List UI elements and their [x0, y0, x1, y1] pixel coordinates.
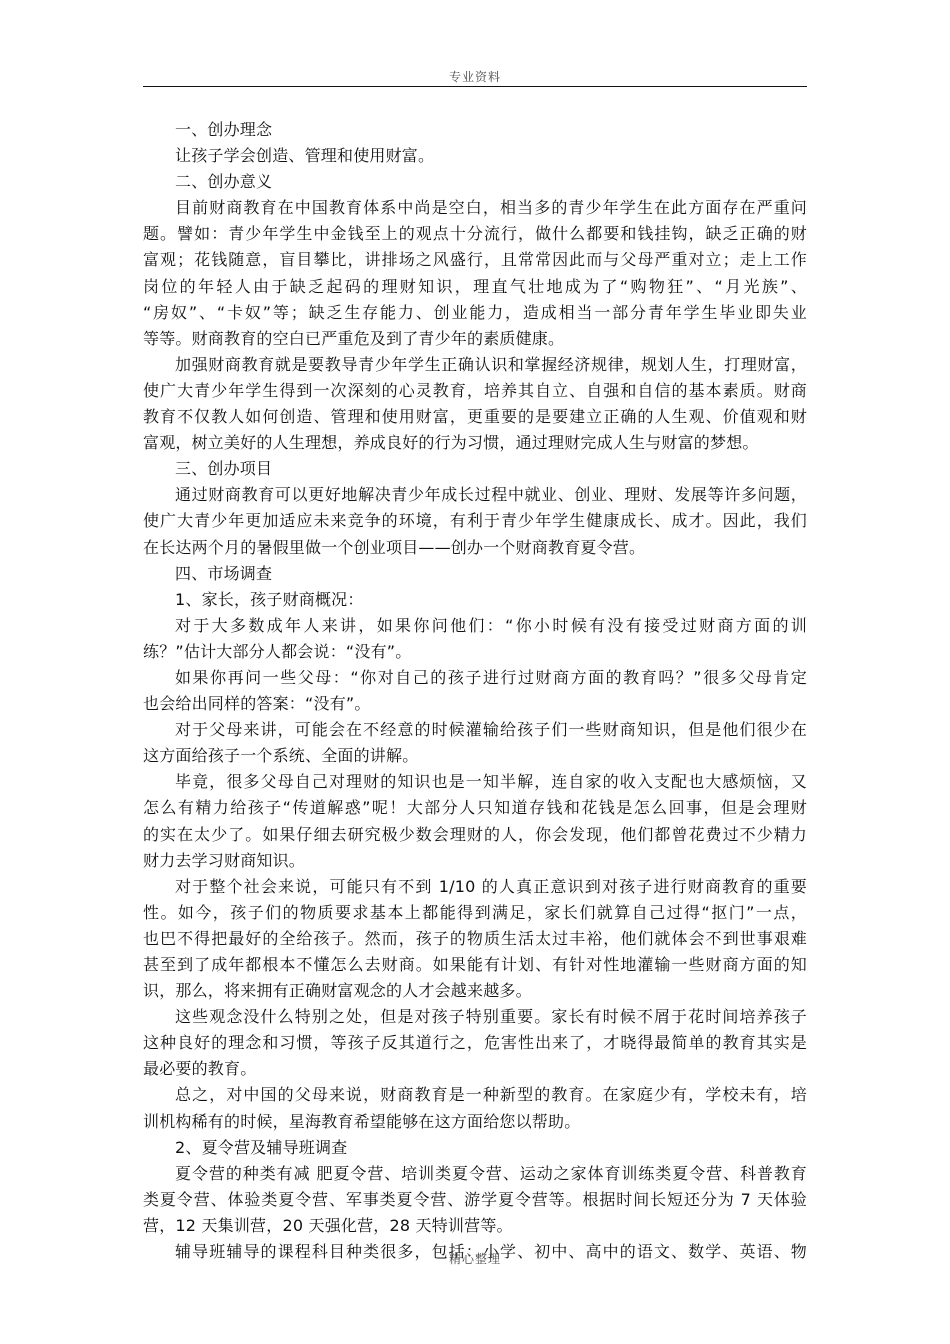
text-line: 让孩子学会创造、管理和使用财富。 — [143, 143, 807, 169]
text-line: 通过财商教育可以更好地解决青少年成长过程中就业、创业、理财、发展等许多问题， — [143, 482, 807, 508]
text-line: 怎么有精力给孩子“传道解惑”呢！大部分人只知道存钱和花钱是怎么回事，但是会理财 — [143, 795, 807, 821]
header-divider — [143, 86, 807, 87]
text-line: 也会给出同样的答案：“没有”。 — [143, 691, 807, 717]
text-line: 这种良好的理念和习惯，等孩子反其道行之，危害性出来了，才晓得最简单的教育其实是 — [143, 1030, 807, 1056]
text-line: 使广大青少年更加适应未来竞争的环境，有利于青少年学生健康成长、成才。因此，我们 — [143, 508, 807, 534]
text-line: 使广大青少年学生得到一次深刻的心灵教育，培养其自立、自强和自信的基本素质。财商 — [143, 378, 807, 404]
text-line: 甚至到了成年都根本不懂怎么去财商。如果能有计划、有针对性地灌输一些财商方面的知 — [143, 952, 807, 978]
text-line: 识，那么，将来拥有正确财富观念的人才会越来越多。 — [143, 978, 807, 1004]
text-line: 对于大多数成年人来讲，如果你问他们：“你小时候有没有接受过财商方面的训 — [143, 613, 807, 639]
header-label: 专业资料 — [0, 68, 950, 85]
text-line: 题。譬如：青少年学生中金钱至上的观点十分流行，做什么都要和钱挂钩，缺乏正确的财 — [143, 221, 807, 247]
text-line: 在长达两个月的暑假里做一个创业项目——创办一个财商教育夏令营。 — [143, 535, 807, 561]
text-line: 2、夏令营及辅导班调查 — [143, 1135, 807, 1161]
text-line: 三、创办项目 — [143, 456, 807, 482]
text-line: 毕竟，很多父母自己对理财的知识也是一知半解，连自家的收入支配也大感烦恼，又 — [143, 769, 807, 795]
text-line: 这方面给孩子一个系统、全面的讲解。 — [143, 743, 807, 769]
text-line: 财力去学习财商知识。 — [143, 848, 807, 874]
text-line: 这些观念没什么特别之处，但是对孩子特别重要。家长有时候不屑于花时间培养孩子 — [143, 1004, 807, 1030]
text-line: 等等。财商教育的空白已严重危及到了青少年的素质健康。 — [143, 326, 807, 352]
text-line: 如果你再问一些父母：“你对自己的孩子进行过财商方面的教育吗？”很多父母肯定 — [143, 665, 807, 691]
text-line: 夏令营的种类有减 肥夏令营、培训类夏令营、运动之家体育训练类夏令营、科普教育 — [143, 1161, 807, 1187]
text-line: 目前财商教育在中国教育体系中尚是空白，相当多的青少年学生在此方面存在严重问 — [143, 195, 807, 221]
text-line: 最必要的教育。 — [143, 1056, 807, 1082]
text-line: 富观，树立美好的人生理想，养成良好的行为习惯，通过理财完成人生与财富的梦想。 — [143, 430, 807, 456]
text-line: 训机构稀有的时候，星海教育希望能够在这方面给您以帮助。 — [143, 1109, 807, 1135]
text-line: 四、市场调查 — [143, 561, 807, 587]
text-line: 对于父母来讲，可能会在不经意的时候灌输给孩子们一些财商知识，但是他们很少在 — [143, 717, 807, 743]
text-line: 也巴不得把最好的全给孩子。然而，孩子的物质生活太过丰裕，他们就体会不到世事艰难 — [143, 926, 807, 952]
text-line: 的实在太少了。如果仔细去研究极少数会理财的人，你会发现，他们都曾花费过不少精力 — [143, 822, 807, 848]
text-line: 岗位的年轻人由于缺乏起码的理财知识，理直气壮地成为了“购物狂”、“月光族”、 — [143, 274, 807, 300]
footer-label: 精心整理 — [0, 1250, 950, 1267]
document-body: 一、创办理念让孩子学会创造、管理和使用财富。二、创办意义目前财商教育在中国教育体… — [143, 117, 807, 1265]
text-line: 对于整个社会来说，可能只有不到 1/10 的人真正意识到对孩子进行财商教育的重要 — [143, 874, 807, 900]
text-line: 二、创办意义 — [143, 169, 807, 195]
text-line: 1、家长，孩子财商概况： — [143, 587, 807, 613]
text-line: 类夏令营、体验类夏令营、军事类夏令营、游学夏令营等。根据时间长短还分为 7 天体… — [143, 1187, 807, 1213]
text-line: 营，12 天集训营，20 天强化营，28 天特训营等。 — [143, 1213, 807, 1239]
text-line: “房奴”、“卡奴”等；缺乏生存能力、创业能力，造成相当一部分青年学生毕业即失业 — [143, 300, 807, 326]
text-line: 加强财商教育就是要教导青少年学生正确认识和掌握经济规律，规划人生，打理财富， — [143, 352, 807, 378]
text-line: 一、创办理念 — [143, 117, 807, 143]
text-line: 教育不仅教人如何创造、管理和使用财富，更重要的是要建立正确的人生观、价值观和财 — [143, 404, 807, 430]
text-line: 性。如今，孩子们的物质要求基本上都能得到满足，家长们就算自己过得“抠门”一点， — [143, 900, 807, 926]
text-line: 练？”估计大部分人都会说：“没有”。 — [143, 639, 807, 665]
text-line: 总之，对中国的父母来说，财商教育是一种新型的教育。在家庭少有，学校未有，培 — [143, 1082, 807, 1108]
text-line: 富观；花钱随意，盲目攀比，讲排场之风盛行，且常常因此而与父母严重对立；走上工作 — [143, 247, 807, 273]
